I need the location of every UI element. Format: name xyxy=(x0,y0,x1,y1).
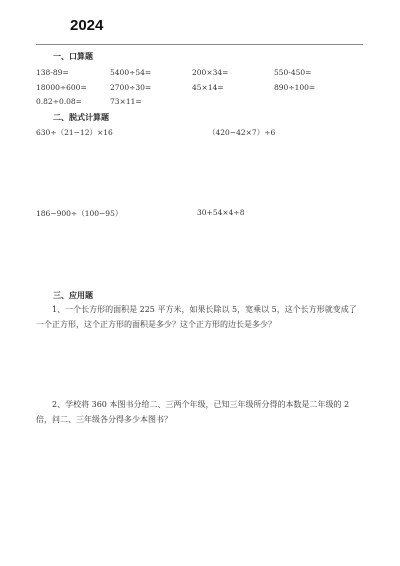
mental-math-item: 200×34= xyxy=(192,68,228,77)
mental-math-item: 18000÷600= xyxy=(36,83,87,92)
section-title-word-problems: 三、应用题 xyxy=(53,290,93,301)
mental-math-item: 138-89= xyxy=(36,68,69,77)
step-calculation-problem: （420−42×7）÷6 xyxy=(208,127,275,138)
mental-math-item: 2700÷30= xyxy=(110,83,151,92)
step-calculation-problem: 30+54×4÷8 xyxy=(197,208,244,217)
section-title-step-calculation: 二、脱式计算题 xyxy=(53,112,109,123)
mental-math-item: 0.82÷0.08= xyxy=(36,97,82,106)
step-calculation-problem: 186−900÷（100−95） xyxy=(36,208,122,219)
mental-math-item: 550-450= xyxy=(274,68,311,77)
section-title-mental-math: 一、口算题 xyxy=(53,51,93,62)
document-year-title: 2024 xyxy=(70,17,103,34)
mental-math-item: 73×11= xyxy=(110,97,142,106)
mental-math-item: 890÷100= xyxy=(274,83,315,92)
word-problem: 1、一个长方形的面积是 225 平方米，如果长除以 5，宽乘以 5，这个长方形就… xyxy=(36,302,364,332)
mental-math-item: 45×14= xyxy=(192,83,224,92)
step-calculation-problem: 630÷（21−12）×16 xyxy=(36,127,113,138)
word-problem: 2、学校将 360 本图书分给二、三两个年级，已知三年级所分得的本数是二年级的 … xyxy=(36,397,364,427)
mental-math-item: 5400÷54= xyxy=(110,68,151,77)
header-divider xyxy=(36,44,363,45)
